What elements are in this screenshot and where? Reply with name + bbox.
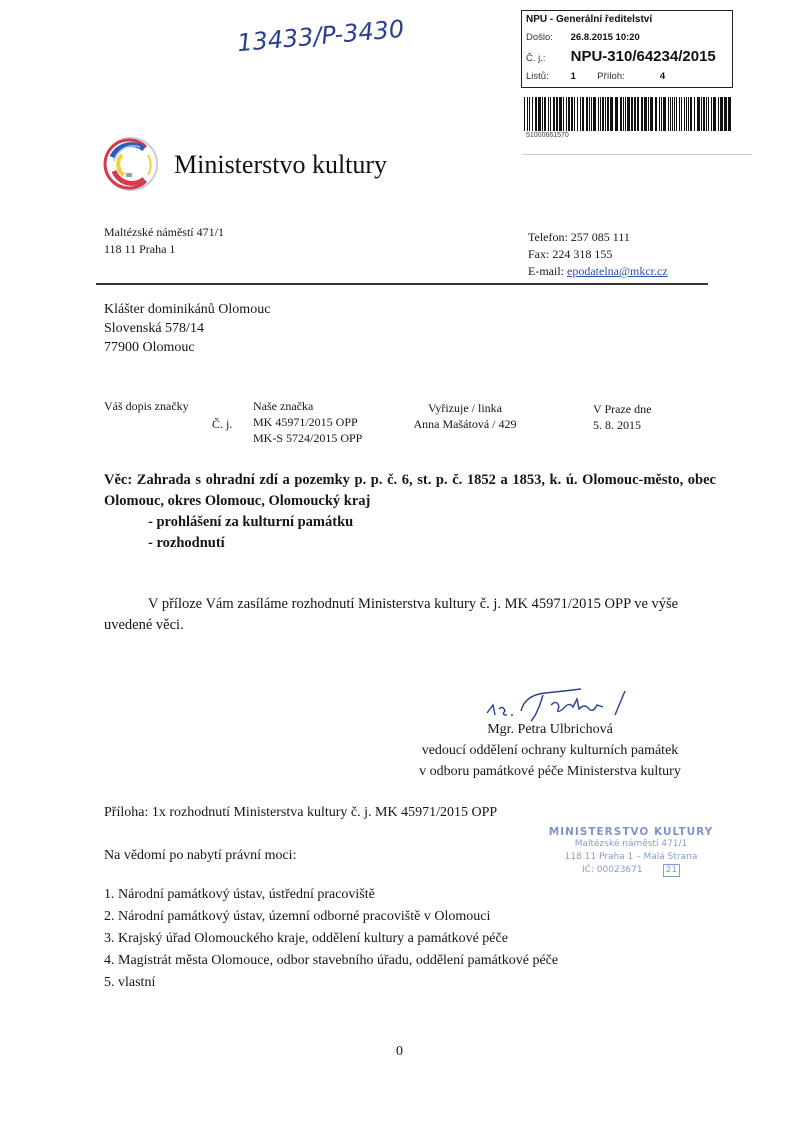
address-line-2: 118 11 Praha 1 [104,241,224,258]
receipt-stamp: NPU - Generální ředitelství Došlo: 26.8.… [521,10,733,88]
handler-label: Vyřizuje / linka [405,400,525,416]
ministry-stamp-title: MINISTERSTVO KULTURY [546,826,716,838]
body-paragraph: V příloze Vám zasíláme rozhodnutí Minist… [104,594,716,636]
signer-title-2: v odboru památkové péče Ministerstva kul… [400,761,700,782]
our-ref-1: MK 45971/2015 OPP [253,414,362,430]
received-label: Došlo: [526,32,568,43]
phone: Telefon: 257 085 111 [528,229,668,246]
ministry-stamp-line-3: IČ: 00023671 [582,865,643,875]
email-link[interactable]: epodatelna@mkcr.cz [567,264,668,278]
sheets-label: Listů: [526,71,568,82]
barcode-number: 51000661570 [526,132,569,139]
ministry-logo-icon [102,135,160,193]
sheets-value: 1 [571,71,595,82]
cc-item: 5. vlastní [104,972,558,994]
recipient-line-2: Slovenská 578/14 [104,319,270,338]
recipient-line-1: Klášter dominikánů Olomouc [104,300,270,319]
ministry-stamp-line-1: Maltézské náměstí 471/1 [546,838,716,851]
signer-title-1: vedoucí oddělení ochrany kulturních pamá… [400,740,700,761]
handler-block: Vyřizuje / linka Anna Mašátová / 429 [405,400,525,432]
handwritten-reference: 13433/P-3430 [236,15,405,57]
signer-name: Mgr. Petra Ulbrichová [400,719,700,740]
handler-value: Anna Mašátová / 429 [405,416,525,432]
our-ref-block: Naše značka MK 45971/2015 OPP MK-S 5724/… [253,398,362,446]
barcode [524,97,734,131]
cc-item: 4. Magistrát města Olomouce, odbor stave… [104,950,558,972]
our-ref-label: Naše značka [253,398,362,414]
cj-label: Č. j. [212,416,232,432]
ref-value: NPU-310/64234/2015 [571,48,716,65]
ministry-stamp: MINISTERSTVO KULTURY Maltézské náměstí 4… [546,826,716,877]
your-ref-label: Váš dopis značky [104,398,189,414]
ministry-stamp-line-3-row: IČ: 0002367121 [546,864,716,877]
recipient-address: Klášter dominikánů Olomouc Slovenská 578… [104,300,270,357]
cc-item: 1. Národní památkový ústav, ústřední pra… [104,884,558,906]
organization-name: Ministerstvo kultury [174,150,387,180]
sender-address: Maltézské náměstí 471/1 118 11 Praha 1 [104,224,224,258]
date-label: V Praze dne [593,401,651,417]
ministry-stamp-number: 21 [663,864,680,877]
recipient-line-3: 77900 Olomouc [104,338,270,357]
ref-label: Č. j.: [526,53,568,64]
fax: Fax: 224 318 155 [528,246,668,263]
signer-block: Mgr. Petra Ulbrichová vedoucí oddělení o… [400,719,700,782]
attachments-label: Příloh: [597,71,657,82]
received-value: 26.8.2015 10:20 [571,32,640,43]
subject-item-1: - prohlášení za kulturní památku [104,512,716,533]
header-divider [96,283,708,285]
cc-item: 2. Národní památkový ústav, územní odbor… [104,906,558,928]
cc-list: 1. Národní památkový ústav, ústřední pra… [104,884,558,994]
contact-info: Telefon: 257 085 111 Fax: 224 318 155 E-… [528,229,668,280]
stamp-divider [522,154,752,155]
stamp-title: NPU - Generální ředitelství [526,14,652,25]
attachments-value: 4 [660,71,665,82]
our-ref-2: MK-S 5724/2015 OPP [253,430,362,446]
cc-heading: Na vědomí po nabytí právní moci: [104,848,296,864]
date-block: V Praze dne 5. 8. 2015 [593,401,651,433]
date-value: 5. 8. 2015 [593,417,651,433]
cc-item: 3. Krajský úřad Olomouckého kraje, odděl… [104,928,558,950]
attachment-note: Příloha: 1x rozhodnutí Ministerstva kult… [104,805,497,821]
page-number: 0 [396,1044,403,1060]
email-row: E-mail: epodatelna@mkcr.cz [528,263,668,280]
subject-line: Věc: Zahrada s ohradní zdí a pozemky p. … [104,470,716,512]
subject-item-2: - rozhodnutí [104,533,716,554]
email-label: E-mail: [528,264,567,278]
address-line-1: Maltézské náměstí 471/1 [104,224,224,241]
ministry-stamp-line-2: 118 11 Praha 1 – Malá Strana [546,851,716,864]
subject: Věc: Zahrada s ohradní zdí a pozemky p. … [104,470,716,554]
